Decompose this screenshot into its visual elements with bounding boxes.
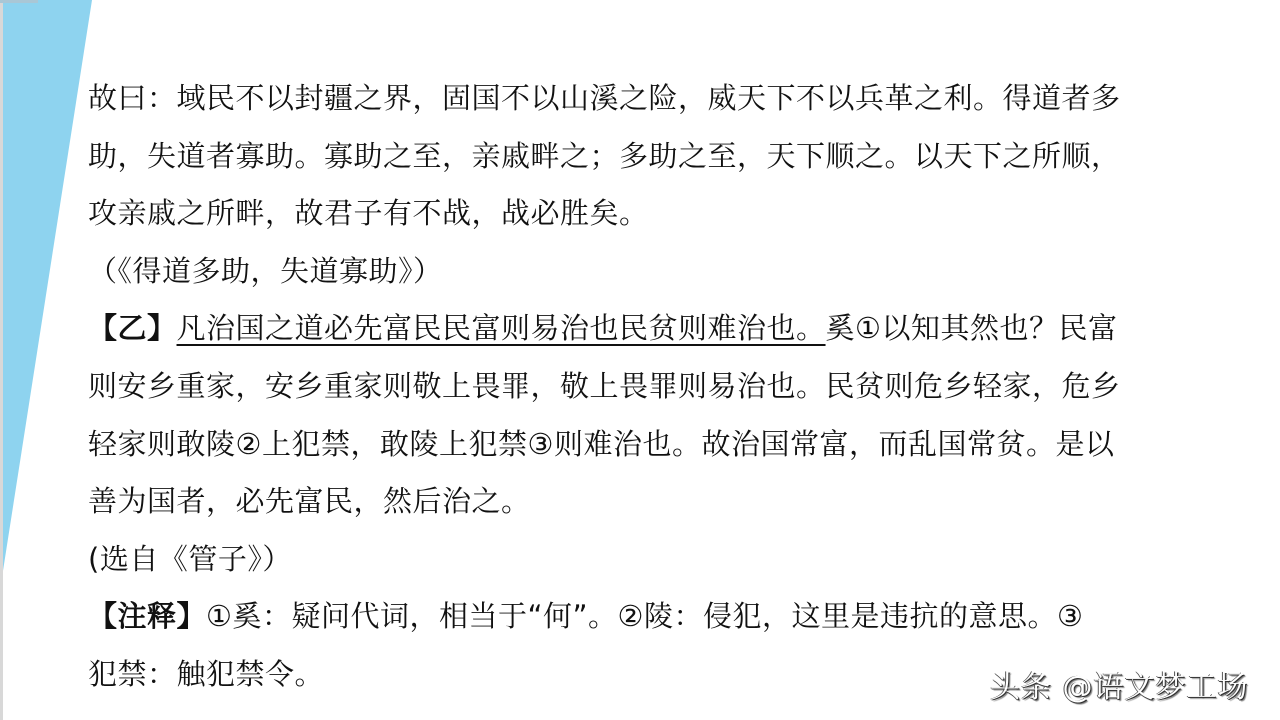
slide-top-border: [0, 0, 38, 3]
decorative-blue-wedge: [0, 0, 100, 600]
jia-line-3: 攻亲戚之所畔，故君子有不战，战必胜矣。: [88, 185, 1218, 243]
yi-label: 【乙】: [88, 311, 177, 345]
yi-line-1: 【乙】凡治国之道必先富民民富则易治也民贫则难治也。奚①以知其然也？民富: [88, 300, 1218, 358]
jia-line-1: 故曰：域民不以封疆之界，固国不以山溪之险，威天下不以兵革之利。得道者多: [88, 70, 1218, 128]
yi-line-2: 则安乡重家，安乡重家则敬上畏罪，敬上畏罪则易治也。民贫则危乡轻家，危乡: [88, 358, 1218, 416]
notes-label: 【注释】: [88, 599, 206, 633]
notes-line-1: 【注释】①奚：疑问代词，相当于“何”。②陵：侵犯，这里是违抗的意思。③: [88, 588, 1218, 646]
yi-line-1-rest: 奚①以知其然也？民富: [826, 311, 1118, 345]
passage-content: 故曰：域民不以封疆之界，固国不以山溪之险，威天下不以兵革之利。得道者多 助，失道…: [88, 70, 1218, 704]
yi-line-4: 善为国者，必先富民，然后治之。: [88, 473, 1218, 531]
underlined-sentence: 凡治国之道必先富民民富则易治也民贫则难治也。: [177, 311, 826, 345]
jia-source: （《得道多助，失道寡助》）: [88, 243, 1218, 301]
slide-left-border: [0, 0, 3, 720]
notes-text-1: ①奚：疑问代词，相当于“何”。②陵：侵犯，这里是违抗的意思。③: [206, 599, 1084, 633]
watermark: 头条 @语文梦工场: [990, 662, 1249, 706]
yi-source: (选自《管子》）: [88, 531, 1218, 589]
jia-line-2: 助，失道者寡助。寡助之至，亲戚畔之；多助之至，天下顺之。以天下之所顺，: [88, 128, 1218, 186]
yi-line-3: 轻家则敢陵②上犯禁，敢陵上犯禁③则难治也。故治国常富，而乱国常贫。是以: [88, 416, 1218, 474]
